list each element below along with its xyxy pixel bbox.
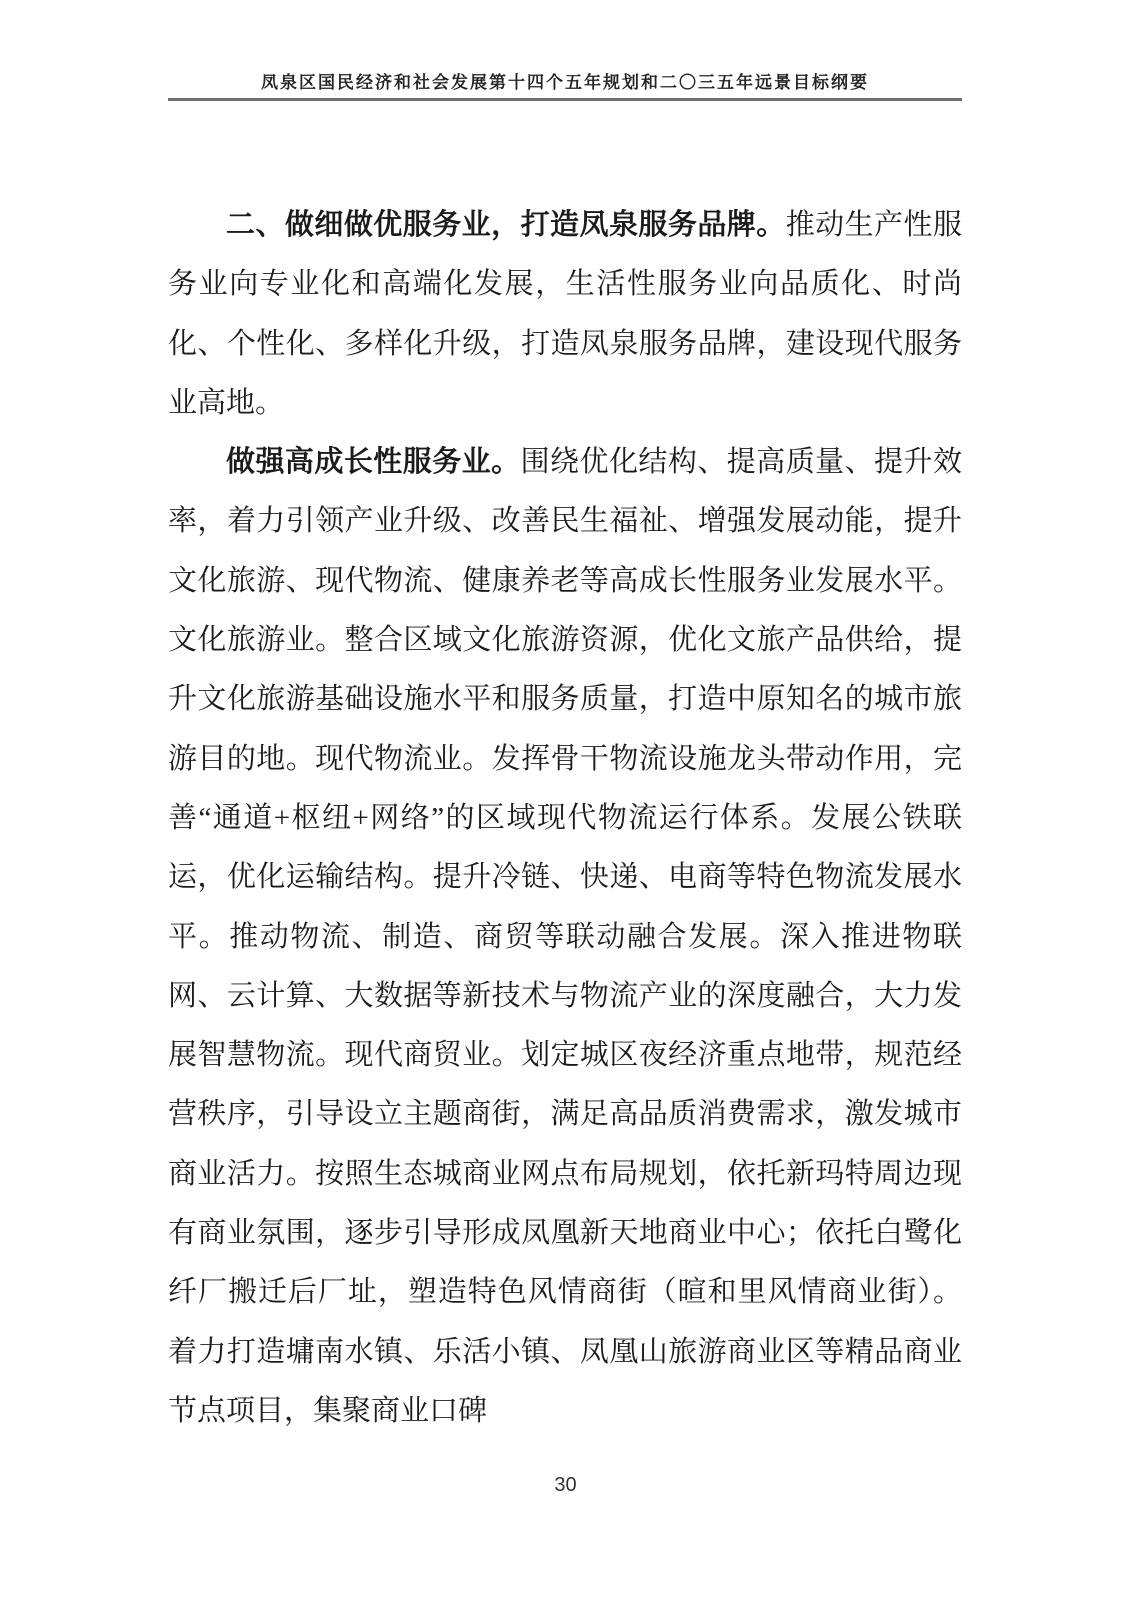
paragraph-section-heading: 二、做细做优服务业，打造凤泉服务品牌。推动生产性服务业向专业化和高端化发展，生活… xyxy=(168,196,962,433)
paragraph-2-text: 围绕优化结构、提高质量、提升效率，着力引领产业升级、改善民生福祉、增强发展动能，… xyxy=(168,446,962,1427)
document-page: 凤泉区国民经济和社会发展第十四个五年规划和二〇三五年远景目标纲要 二、做细做优服… xyxy=(0,0,1131,1600)
paragraph-2-lead: 做强高成长性服务业。 xyxy=(226,446,521,478)
document-body: 二、做细做优服务业，打造凤泉服务品牌。推动生产性服务业向专业化和高端化发展，生活… xyxy=(168,196,962,1441)
page-number: 30 xyxy=(554,1474,576,1496)
page-footer: 30 xyxy=(0,1474,1131,1497)
paragraph-services: 做强高成长性服务业。围绕优化结构、提高质量、提升效率，着力引领产业升级、改善民生… xyxy=(168,433,962,1441)
paragraph-1-lead: 二、做细做优服务业，打造凤泉服务品牌。 xyxy=(226,209,786,241)
page-header: 凤泉区国民经济和社会发展第十四个五年规划和二〇三五年远景目标纲要 xyxy=(168,0,962,101)
header-title: 凤泉区国民经济和社会发展第十四个五年规划和二〇三五年远景目标纲要 xyxy=(261,68,869,93)
